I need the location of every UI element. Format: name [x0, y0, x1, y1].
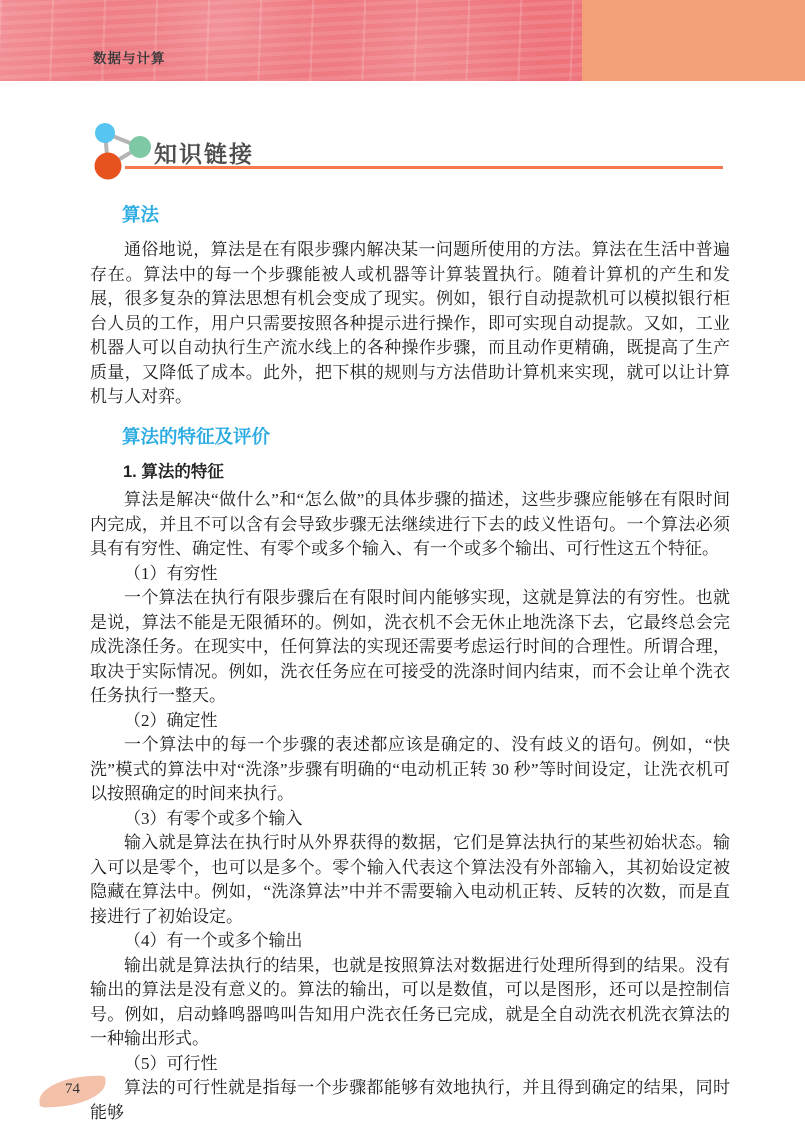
feature-label-definiteness: （2）确定性 [90, 709, 730, 734]
feature-label-inputs: （3）有零个或多个输入 [90, 807, 730, 832]
feature-label-outputs: （4）有一个或多个输出 [90, 929, 730, 954]
book-title: 数据与计算 [93, 47, 166, 67]
feature-text-feasibility: 算法的可行性就是指每一个步骤都能够有效地执行，并且得到确定的结果，同时能够 [90, 1076, 730, 1125]
feature-label-feasibility: （5）可行性 [90, 1052, 730, 1077]
section-underline [125, 166, 723, 169]
main-content: 算法 通俗地说，算法是在有限步骤内解决某一问题所使用的方法。算法在生活中普遍存在… [90, 202, 730, 1125]
heading-algorithm-features-evaluation: 算法的特征及评价 [122, 424, 730, 450]
page-number: 74 [39, 1081, 106, 1098]
feature-text-definiteness: 一个算法中的每一个步骤的表述都应该是确定的、没有歧义的语句。例如，“快洗”模式的… [90, 733, 730, 807]
textbook-page: 数据与计算 知识链接 算法 通俗地说，算法是在有限步骤内解决某一问题所使用的方法… [0, 0, 805, 1145]
page-header-banner: 数据与计算 [0, 0, 805, 81]
banner-data-texture [0, 0, 582, 81]
feature-label-finiteness: （1）有穷性 [90, 562, 730, 587]
feature-text-outputs: 输出就是算法执行的结果，也就是按照算法对数据进行处理所得到的结果。没有输出的算法… [90, 954, 730, 1052]
feature-text-finiteness: 一个算法在执行有限步骤后在有限时间内能够实现，这就是算法的有穷性。也就是说，算法… [90, 586, 730, 709]
banner-accent-block [582, 0, 805, 81]
paragraph-algorithm-intro: 通俗地说，算法是在有限步骤内解决某一问题所使用的方法。算法在生活中普遍存在。算法… [90, 238, 730, 410]
subheading-algorithm-features: 1. 算法的特征 [90, 460, 730, 485]
paragraph-features-overview: 算法是解决“做什么”和“怎么做”的具体步骤的描述，这些步骤应能够在有限时间内完成… [90, 488, 730, 562]
heading-algorithm: 算法 [122, 202, 730, 228]
feature-text-inputs: 输入就是算法在执行时从外界获得的数据，它们是算法执行的某些初始状态。输入可以是零… [90, 831, 730, 929]
molecule-nodes-icon [92, 120, 154, 182]
section-title-knowledge-link: 知识链接 [154, 136, 254, 169]
